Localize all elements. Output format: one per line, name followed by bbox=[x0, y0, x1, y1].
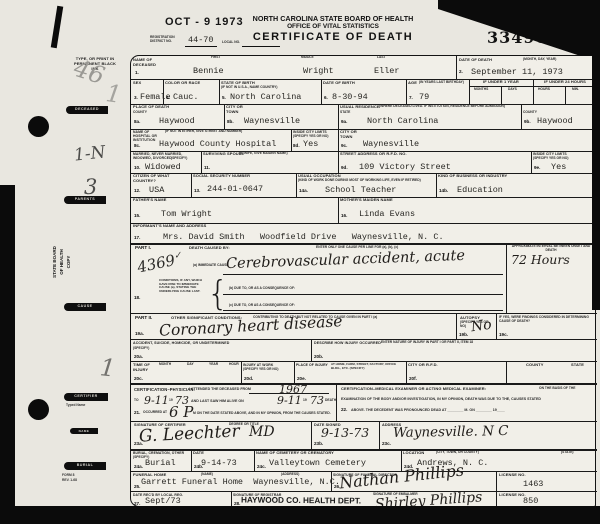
death-certificate-scan: OCT - 9 1973 REGISTRATION DISTRICT NO. 4… bbox=[0, 0, 600, 524]
pod-county-label: COUNTY bbox=[133, 111, 147, 115]
autopsy-value: No bbox=[470, 318, 492, 335]
license1-value: 1463 bbox=[523, 480, 543, 489]
under24-min: MIN. bbox=[572, 88, 579, 92]
age-label: AGE bbox=[408, 81, 417, 86]
birth-state-sub: (IF NOT IN U.S.A., NAME COUNTRY) bbox=[221, 86, 316, 90]
residence-icl-number: 9e. bbox=[534, 166, 540, 171]
me-cert-label: CERTIFICATION–MEDICAL EXAMINER OR ACTING… bbox=[341, 387, 486, 392]
license2-label: LICENSE NO. bbox=[499, 493, 526, 498]
location-sub2: (STATE) bbox=[561, 451, 574, 455]
me-text3: ABOVE. THE DECEDENT WAS PRONOUNCED DEAD … bbox=[351, 408, 593, 412]
residence-county-number: 9b. bbox=[524, 120, 531, 125]
col-line bbox=[311, 339, 312, 361]
location-sub1: (CITY, TOWN, OR COUNTY) bbox=[436, 451, 479, 455]
spouse-number: 11. bbox=[204, 166, 210, 171]
residence-city-value: Waynesville bbox=[363, 140, 419, 149]
cause-note: ENTER ONLY ONE CAUSE PER LINE FOR (a), (… bbox=[316, 246, 398, 250]
under24-label: IF UNDER 24 HOURS bbox=[535, 80, 595, 85]
received-value: Sept/73 bbox=[145, 497, 181, 506]
name-item-number: 1. bbox=[135, 71, 139, 76]
age-number: 7. bbox=[409, 96, 413, 101]
registration-district-value: 44-70 bbox=[185, 36, 217, 47]
row-line bbox=[131, 383, 597, 385]
father-number: 15. bbox=[134, 214, 140, 219]
name-label: NAME OF DECEASED bbox=[133, 58, 159, 68]
name-col-last: LAST bbox=[377, 56, 386, 60]
immediate-cause-label: (a) IMMEDIATE CAUSE bbox=[193, 264, 229, 268]
scan-left-strip bbox=[0, 185, 15, 524]
citizen-number: 12. bbox=[134, 189, 140, 194]
last-seen-value: 9-11 bbox=[277, 395, 302, 406]
informant-label: INFORMANT'S NAME AND ADDRESS bbox=[133, 224, 206, 229]
accident-number: 20a. bbox=[134, 355, 143, 360]
injury-state-label: STATE bbox=[571, 363, 584, 368]
marital-number: 10. bbox=[134, 166, 140, 171]
conditions-note: CONDITIONS, IF ANY, WHICH GAVE RISE TO I… bbox=[159, 279, 205, 294]
citizen-label: CITIZEN OF WHAT COUNTRY? bbox=[133, 174, 188, 184]
part2-label: PART II. bbox=[135, 316, 152, 321]
birth-state-value: North Carolina bbox=[230, 93, 301, 102]
burial-value: Burial bbox=[145, 459, 176, 468]
place-of-injury-number: 20e. bbox=[297, 377, 306, 382]
describe-label: DESCRIBE HOW INJURY OCCURRED bbox=[314, 341, 381, 345]
me-text1: ON THE BASIS OF THE bbox=[539, 387, 594, 391]
residence-group-sub: (WHERE DECEASED LIVED. IF INSTITUTION, R… bbox=[379, 105, 589, 109]
ssn-number: 13. bbox=[194, 189, 200, 194]
form-note-line2: REV. 1-68 bbox=[62, 479, 77, 483]
name-first-value: Bennie bbox=[193, 67, 224, 76]
tab-burial: BURIAL bbox=[64, 462, 106, 470]
race-number: 4. bbox=[166, 96, 170, 101]
immediate-cause-value: Cerebrovascular accident, acute bbox=[226, 249, 465, 272]
residence-state-label: STATE bbox=[340, 111, 350, 115]
marital-value: Widowed bbox=[145, 163, 181, 172]
address-number: 23c. bbox=[382, 442, 391, 447]
col-year: YEAR bbox=[209, 363, 218, 367]
due-b-label: (b) DUE TO, OR AS A CONSEQUENCE OF: bbox=[229, 287, 295, 291]
injury-city-label: CITY OR R.F.D. bbox=[408, 363, 438, 368]
residence-state-number: 9a. bbox=[341, 120, 347, 125]
col-line bbox=[336, 383, 337, 421]
name-middle-value: Wright bbox=[303, 67, 334, 76]
cause-line-a bbox=[223, 274, 503, 275]
pencil-mark-5: 1 bbox=[99, 353, 117, 382]
occupation-sub: (KIND OF WORK DONE DURING MOST OF WORKIN… bbox=[298, 179, 428, 183]
funeral-home-number: 25. bbox=[134, 485, 140, 490]
scan-right-strip bbox=[592, 50, 600, 310]
tab-deceased: DECEASED bbox=[66, 106, 108, 114]
accident-label: ACCIDENT, SUICIDE, HOMICIDE, OR UNDETERM… bbox=[133, 341, 303, 345]
name-col-first: FIRST bbox=[211, 56, 221, 60]
certificate-form: NAME OF DECEASED 1. FIRST MIDDLE LAST Be… bbox=[130, 55, 596, 507]
occurred-rest: M ON THE DATE STATED ABOVE, AND IN MY OP… bbox=[193, 411, 333, 415]
mother-number: 16. bbox=[341, 214, 347, 219]
time-of-injury-label: TIME OF INJURY bbox=[133, 363, 153, 373]
findings-label: IF YES, WERE FINDINGS CONSIDERED IN DETE… bbox=[499, 316, 591, 324]
typed-name-note: Typed Name bbox=[66, 404, 85, 408]
street-number: 9d. bbox=[341, 166, 348, 171]
degree-value: MD bbox=[249, 425, 275, 439]
race-value: Cauc. bbox=[173, 93, 199, 102]
cemetery-value: Valleytown Cemetery bbox=[269, 459, 366, 468]
father-value: Tom Wright bbox=[161, 210, 212, 219]
under1-months: MONTHS bbox=[474, 88, 488, 92]
due-c-label: (c) DUE TO, OR AS A CONSEQUENCE OF: bbox=[229, 304, 295, 308]
cemetery-label: NAME OF CEMETERY OR CREMATORY bbox=[256, 451, 334, 456]
burial-date-value: 9-14-73 bbox=[201, 459, 237, 468]
funeral-home-value: Garrett Funeral Home Waynesville, N.C. bbox=[141, 478, 340, 487]
col-day: DAY bbox=[187, 363, 194, 367]
certifier-signature: G. Leechter bbox=[139, 423, 240, 445]
physician-cert-label: CERTIFICATION–PHYSICIAN: bbox=[134, 387, 195, 392]
tab-name: NAME bbox=[70, 428, 98, 434]
industry-label: KIND OF BUSINESS OR INDUSTRY bbox=[438, 174, 508, 179]
row-line bbox=[131, 421, 597, 422]
col-line bbox=[456, 56, 457, 79]
board-name: NORTH CAROLINA STATE BOARD OF HEALTH bbox=[228, 14, 438, 23]
at-work-number: 20d. bbox=[244, 377, 253, 382]
col-line bbox=[311, 421, 312, 449]
year19-b: 19 bbox=[303, 399, 307, 403]
interval-value: 72 Hours bbox=[511, 254, 570, 267]
time-number: 20c. bbox=[134, 377, 143, 382]
to-label: TO bbox=[134, 399, 139, 403]
sex-number: 3. bbox=[134, 96, 138, 101]
tab-certifier: CERTIFIER bbox=[64, 393, 108, 401]
mother-label: MOTHER'S MAIDEN NAME bbox=[340, 198, 393, 203]
under1-label: IF UNDER 1 YEAR bbox=[471, 80, 531, 85]
copy-designation: STATE BOARD OF HEALTH COPY bbox=[52, 230, 100, 294]
occurred-number: 21. bbox=[134, 411, 140, 416]
col-hour: HOUR bbox=[229, 363, 239, 367]
pod-icl-value: Yes bbox=[303, 140, 318, 149]
row-line bbox=[131, 491, 597, 492]
cause-line-b bbox=[223, 294, 503, 295]
industry-value: Education bbox=[457, 186, 503, 195]
date-of-death-value: September 11, 1973 bbox=[471, 68, 563, 77]
col-line bbox=[496, 313, 497, 339]
occupation-number: 14a. bbox=[299, 189, 308, 194]
pod-county-value: Haywood bbox=[159, 117, 195, 126]
tab-parents: PARENTS bbox=[64, 196, 106, 204]
me-number: 22. bbox=[341, 408, 347, 413]
last-seen-year: 73 bbox=[310, 395, 324, 406]
date-of-death-sub: (MONTH, DAY, YEAR) bbox=[523, 58, 556, 62]
sex-label: SEX bbox=[133, 81, 141, 86]
place-of-injury-sub: AT HOME, FARM, STREET, FACTORY, OFFICE B… bbox=[331, 363, 401, 370]
pencil-mark-2: 1 bbox=[104, 79, 123, 109]
hospital-value: Haywood County Hospital bbox=[159, 140, 276, 149]
at-work-sub: (SPECIFY YES OR NO) bbox=[243, 368, 283, 372]
dob-label: DATE OF BIRTH bbox=[323, 81, 355, 86]
mother-value: Linda Evans bbox=[359, 210, 415, 219]
injury-county-label: COUNTY bbox=[526, 363, 544, 368]
residence-icl-value: Yes bbox=[551, 163, 566, 172]
dob-number: 6. bbox=[324, 96, 328, 101]
dob-value: 8-30-94 bbox=[332, 93, 368, 102]
age-sub: (IN YEARS LAST BIRTHDAY) bbox=[419, 81, 464, 85]
col-line bbox=[496, 471, 497, 508]
citizen-value: USA bbox=[149, 186, 164, 195]
tab-cause: CAUSE bbox=[64, 303, 106, 311]
scan-bottom-band bbox=[0, 506, 600, 524]
local-no-blank bbox=[242, 46, 280, 47]
describe-number: 20b. bbox=[314, 355, 323, 360]
describe-sub: ENTER NATURE OF INJURY IN PART I OR PART… bbox=[381, 341, 511, 345]
father-label: FATHER'S NAME bbox=[133, 198, 167, 203]
pod-city-label: CITY OR TOWN bbox=[226, 105, 252, 115]
accident-sub: (SPECIFY) bbox=[133, 347, 149, 351]
attended-text: I ATTENDED THE DECEASED FROM bbox=[189, 387, 251, 391]
race-label: COLOR OR RACE bbox=[165, 81, 205, 86]
under24-hours: HOURS bbox=[538, 88, 550, 92]
residence-county-value: Haywood bbox=[537, 117, 573, 126]
col-line bbox=[506, 243, 507, 313]
me-text2: EXAMINATION OF THE BODY AND/OR INVESTIGA… bbox=[341, 397, 593, 401]
injury-city-number: 20f. bbox=[409, 377, 417, 382]
address-value: Waynesville. N C bbox=[393, 425, 509, 441]
pod-county-number: 8a. bbox=[134, 120, 140, 125]
name-last-value: Eller bbox=[374, 67, 400, 76]
cemetery-number: 24c. bbox=[257, 465, 266, 470]
ssn-label: SOCIAL SECURITY NUMBER bbox=[193, 174, 250, 179]
part1-label: PART I. bbox=[135, 246, 151, 251]
license2-value: 850 bbox=[523, 497, 538, 506]
pod-city-value: Waynesville bbox=[244, 117, 300, 126]
col-line bbox=[456, 313, 457, 339]
residence-county-label: COUNTY bbox=[523, 111, 537, 115]
death-word: DEATH bbox=[325, 399, 336, 403]
license1-label: LICENSE NO. bbox=[499, 473, 526, 478]
hole-punch-top bbox=[28, 116, 49, 137]
registration-district-label: REGISTRATION DISTRICT NO. bbox=[150, 36, 182, 44]
date-of-death-number: 2. bbox=[459, 70, 463, 75]
cause-line-c bbox=[223, 310, 503, 311]
cause-item-number: 18. bbox=[134, 296, 140, 301]
spouse-sub: (IF WIFE, GIVE MAIDEN NAME) bbox=[239, 152, 288, 156]
cause-code-annotation: 4369✓ bbox=[136, 249, 184, 276]
pod-icl-number: 8d. bbox=[293, 144, 300, 149]
informant-number: 17. bbox=[134, 236, 140, 241]
residence-city-number: 9c. bbox=[341, 144, 347, 149]
marital-sub: (SPECIFY) bbox=[171, 157, 187, 161]
hospital-sub: (IF NOT IN EITHER, GIVE STREET AND NUMBE… bbox=[165, 130, 285, 134]
autopsy-number: 19b. bbox=[459, 333, 468, 338]
informant-value: Mrs. David Smith Woodfield Drive Waynesv… bbox=[163, 233, 444, 242]
location-label: LOCATION bbox=[403, 451, 424, 456]
col-month: MONTH bbox=[159, 363, 171, 367]
findings-number: 19c. bbox=[499, 333, 508, 338]
date-of-death-label: DATE OF DEATH bbox=[459, 58, 492, 63]
burial-number: 24a. bbox=[134, 465, 143, 470]
certificate-title: CERTIFICATE OF DEATH bbox=[228, 31, 438, 43]
place-of-injury-label: PLACE OF INJURY bbox=[296, 363, 328, 367]
attended-to-value: 9-11 bbox=[144, 395, 169, 406]
certificate-paper: OCT - 9 1973 REGISTRATION DISTRICT NO. 4… bbox=[0, 0, 600, 507]
hospital-number: 8c. bbox=[134, 144, 140, 149]
street-value: 109 Victory Street bbox=[359, 163, 451, 172]
occurred-text: OCCURRED AT bbox=[143, 411, 167, 415]
hole-punch-bottom bbox=[28, 399, 49, 420]
col-line bbox=[501, 86, 502, 104]
col-line bbox=[506, 361, 507, 383]
burial-date-label: DATE bbox=[193, 451, 204, 456]
residence-state-value: North Carolina bbox=[367, 117, 438, 126]
office-name: OFFICE OF VITAL STATISTICS bbox=[228, 23, 438, 30]
occupation-value: School Teacher bbox=[325, 186, 396, 195]
col-line bbox=[565, 86, 566, 104]
registrar-stamp: HAYWOOD CO. HEALTH DEPT. bbox=[241, 495, 361, 505]
pod-city-number: 8b. bbox=[227, 120, 234, 125]
date-signed-number: 23b. bbox=[314, 442, 323, 447]
residence-icl-sub: (SPECIFY YES OR NO) bbox=[533, 157, 573, 161]
occurred-hour-value: 6 P bbox=[169, 405, 193, 420]
date-signed-value: 9-13-73 bbox=[321, 427, 369, 440]
under1-days: DAYS bbox=[508, 88, 517, 92]
caused-by-label: DEATH CAUSED BY: bbox=[189, 246, 230, 251]
industry-number: 14b. bbox=[439, 189, 448, 194]
name-col-middle: MIDDLE bbox=[301, 56, 314, 60]
last-seen-text: AND LAST SAW HIM ALIVE ON bbox=[191, 399, 244, 403]
col-line bbox=[379, 421, 380, 449]
age-value: 79 bbox=[419, 93, 429, 102]
street-label: STREET ADDRESS OR R.F.D. NO. bbox=[340, 152, 407, 157]
ssn-value: 244-01-0647 bbox=[207, 185, 263, 194]
pencil-mark-3: 1-N bbox=[73, 142, 106, 165]
part2-number: 19a. bbox=[135, 332, 144, 337]
birth-state-number: 5. bbox=[222, 96, 226, 101]
